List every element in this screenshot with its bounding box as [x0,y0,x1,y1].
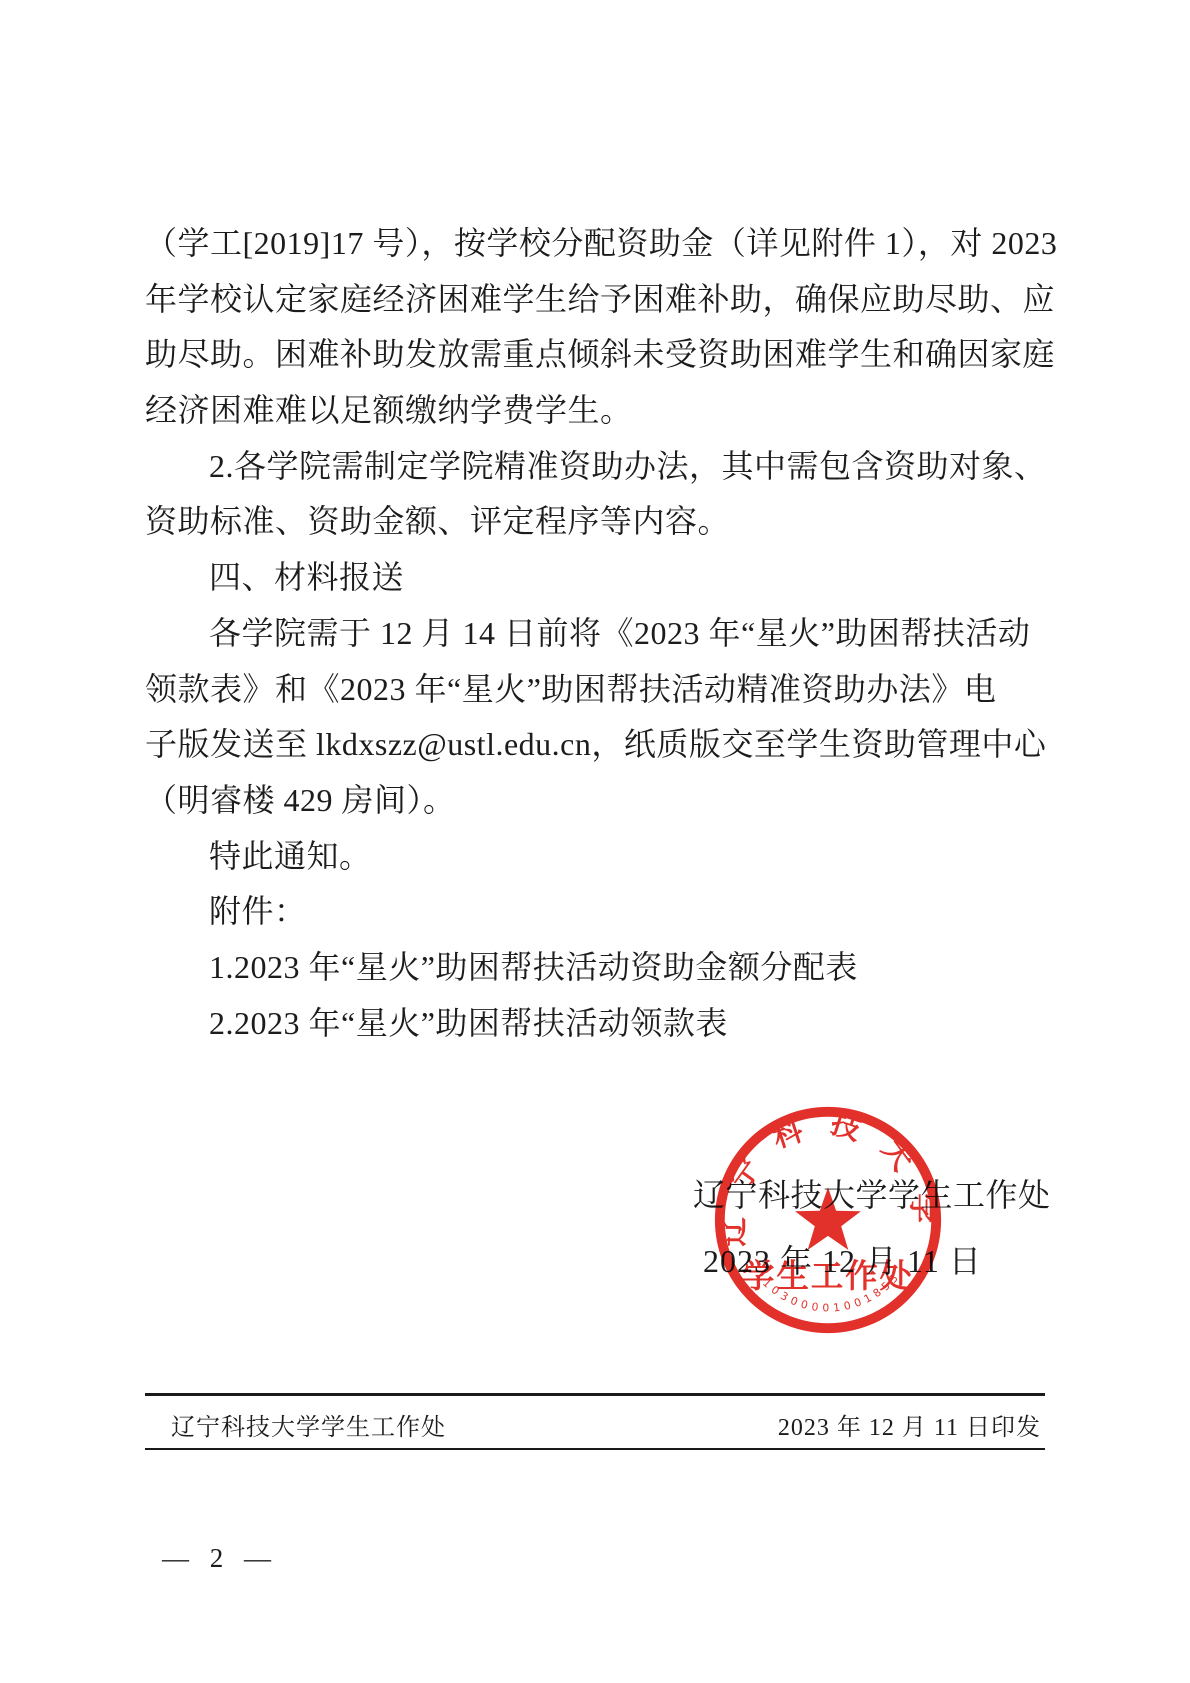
footer-print-date: 2023 年 12 月 11 日印发 [778,1407,1045,1442]
body-line: 子版发送至 lkdxszz@ustl.edu.cn，纸质版交至学生资助管理中心 [145,717,1047,773]
document-body: （学工[2019]17 号），按学校分配资助金（详见附件 1），对 2023 年… [145,216,1047,1051]
footer: 辽宁科技大学学生工作处 2023 年 12 月 11 日印发 [145,1403,1045,1445]
body-line: 各学院需于 12 月 14 日前将《2023 年“星火”助困帮扶活动 [145,606,1047,662]
section-heading: 四、材料报送 [145,550,1047,606]
footer-rule-top [145,1393,1045,1396]
body-line: （学工[2019]17 号），按学校分配资助金（详见附件 1），对 2023 [145,216,1047,272]
body-line: 经济困难难以足额缴纳学费学生。 [145,383,1047,439]
document-page: （学工[2019]17 号），按学校分配资助金（详见附件 1），对 2023 年… [0,0,1190,1683]
attachments-label: 附件： [145,884,1047,940]
attachment-item: 1.2023 年“星火”助困帮扶活动资助金额分配表 [145,940,1047,996]
body-line: 助尽助。困难补助发放需重点倾斜未受资助困难学生和确因家庭 [145,327,1047,383]
body-line: 特此通知。 [145,829,1047,885]
body-line: 资助标准、资助金额、评定程序等内容。 [145,494,1047,550]
page-number: — 2 — [162,1543,278,1574]
footer-issuer: 辽宁科技大学学生工作处 [145,1407,446,1442]
official-seal: 辽宁科技大学 学生工作处 210300001001853 [710,1102,946,1338]
body-line: 2.各学院需制定学院精准资助办法，其中需包含资助对象、 [145,439,1047,495]
seal-star [795,1187,861,1250]
body-line: 领款表》和《2023 年“星火”助困帮扶活动精准资助办法》电 [145,662,1047,718]
footer-rule-bottom [145,1448,1045,1450]
attachment-item: 2.2023 年“星火”助困帮扶活动领款表 [145,996,1047,1052]
body-line: 年学校认定家庭经济困难学生给予困难补助，确保应助尽助、应 [145,272,1047,328]
body-line: （明睿楼 429 房间）。 [145,773,1047,829]
